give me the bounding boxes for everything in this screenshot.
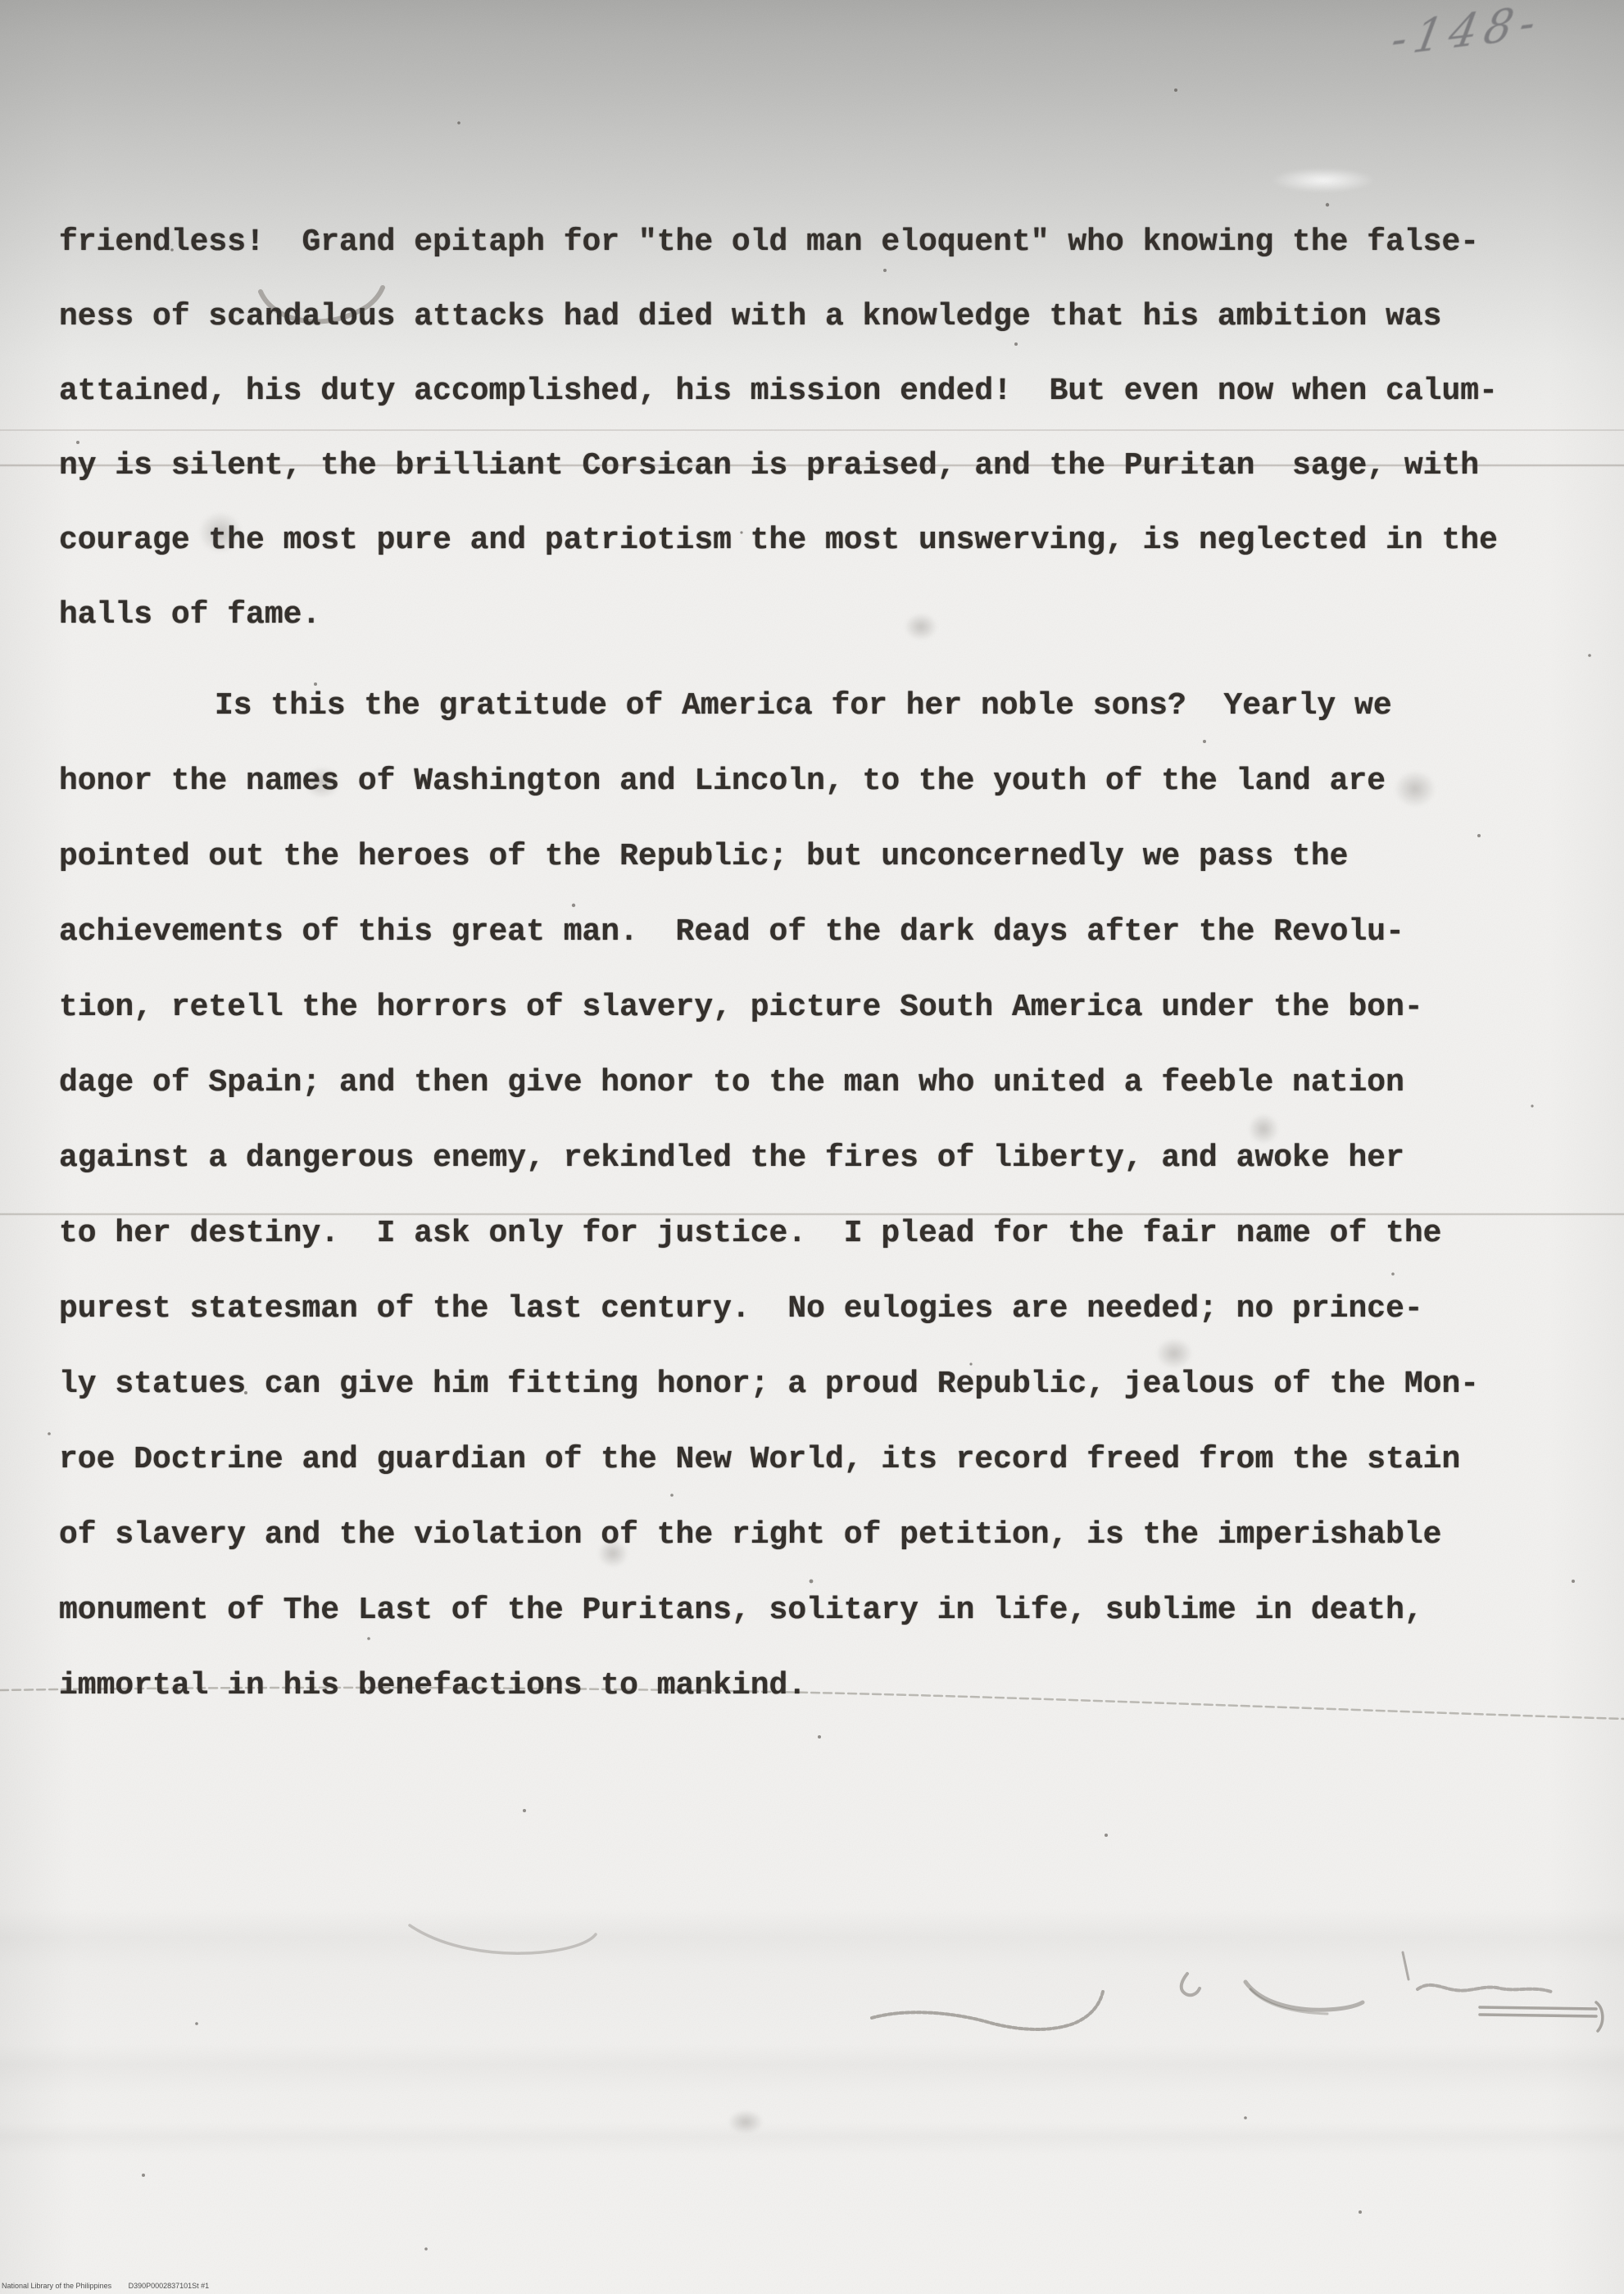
typewritten-line: roe Doctrine and guardian of the New Wor… [59,1422,1583,1498]
typewritten-line: honor the names of Washington and Lincol… [59,744,1583,819]
typewritten-line: immortal in his benefactions to mankind. [59,1648,1583,1724]
typewritten-line: attained, his duty accomplished, his mis… [59,354,1583,428]
typewritten-line: monument of The Last of the Puritans, so… [59,1573,1583,1648]
typewritten-line: tion, retell the horrors of slavery, pic… [59,970,1583,1045]
typewritten-line: purest statesman of the last century. No… [59,1272,1583,1347]
scratch-mark [1245,1982,1363,2010]
scratch-mark [1182,1974,1200,1995]
typewritten-line: to her destiny. I ask only for justice. … [59,1196,1583,1272]
typewritten-line: Is this the gratitude of America for her… [59,669,1583,744]
scratch-mark [1403,1952,1409,1979]
typewritten-paragraph: friendless! Grand epitaph for "the old m… [59,205,1583,652]
scan-footer: National Library of the Philippines D390… [2,2282,224,2290]
typewritten-line: courage the most pure and patriotism the… [59,503,1583,578]
typewritten-line: achievements of this great man. Read of … [59,895,1583,970]
typewritten-line: ness of scandalous attacks had died with… [59,279,1583,354]
scratch-mark [1418,1985,1551,1992]
scratch-mark [872,1992,1103,2029]
scan-footer-code: D390P0002837101St #1 [129,2282,210,2290]
scratch-mark [410,1925,596,1953]
scanned-page: -148- friendless! Grand epitaph for "the… [0,0,1624,2294]
typewritten-line: dage of Spain; and then give honor to th… [59,1045,1583,1121]
typewritten-line: of slavery and the violation of the righ… [59,1498,1583,1573]
scratch-mark [1480,2007,1596,2016]
typewritten-line: ny is silent, the brilliant Corsican is … [59,428,1583,503]
scan-footer-label: National Library of the Philippines [2,2282,111,2290]
typewritten-line: against a dangerous enemy, rekindled the… [59,1121,1583,1196]
typewritten-paragraph: Is this the gratitude of America for her… [59,669,1583,1724]
typewritten-line: ly statues can give him fitting honor; a… [59,1347,1583,1422]
typewritten-line: friendless! Grand epitaph for "the old m… [59,205,1583,279]
typewritten-line: halls of fame. [59,578,1583,652]
typewritten-line: pointed out the heroes of the Republic; … [59,819,1583,895]
